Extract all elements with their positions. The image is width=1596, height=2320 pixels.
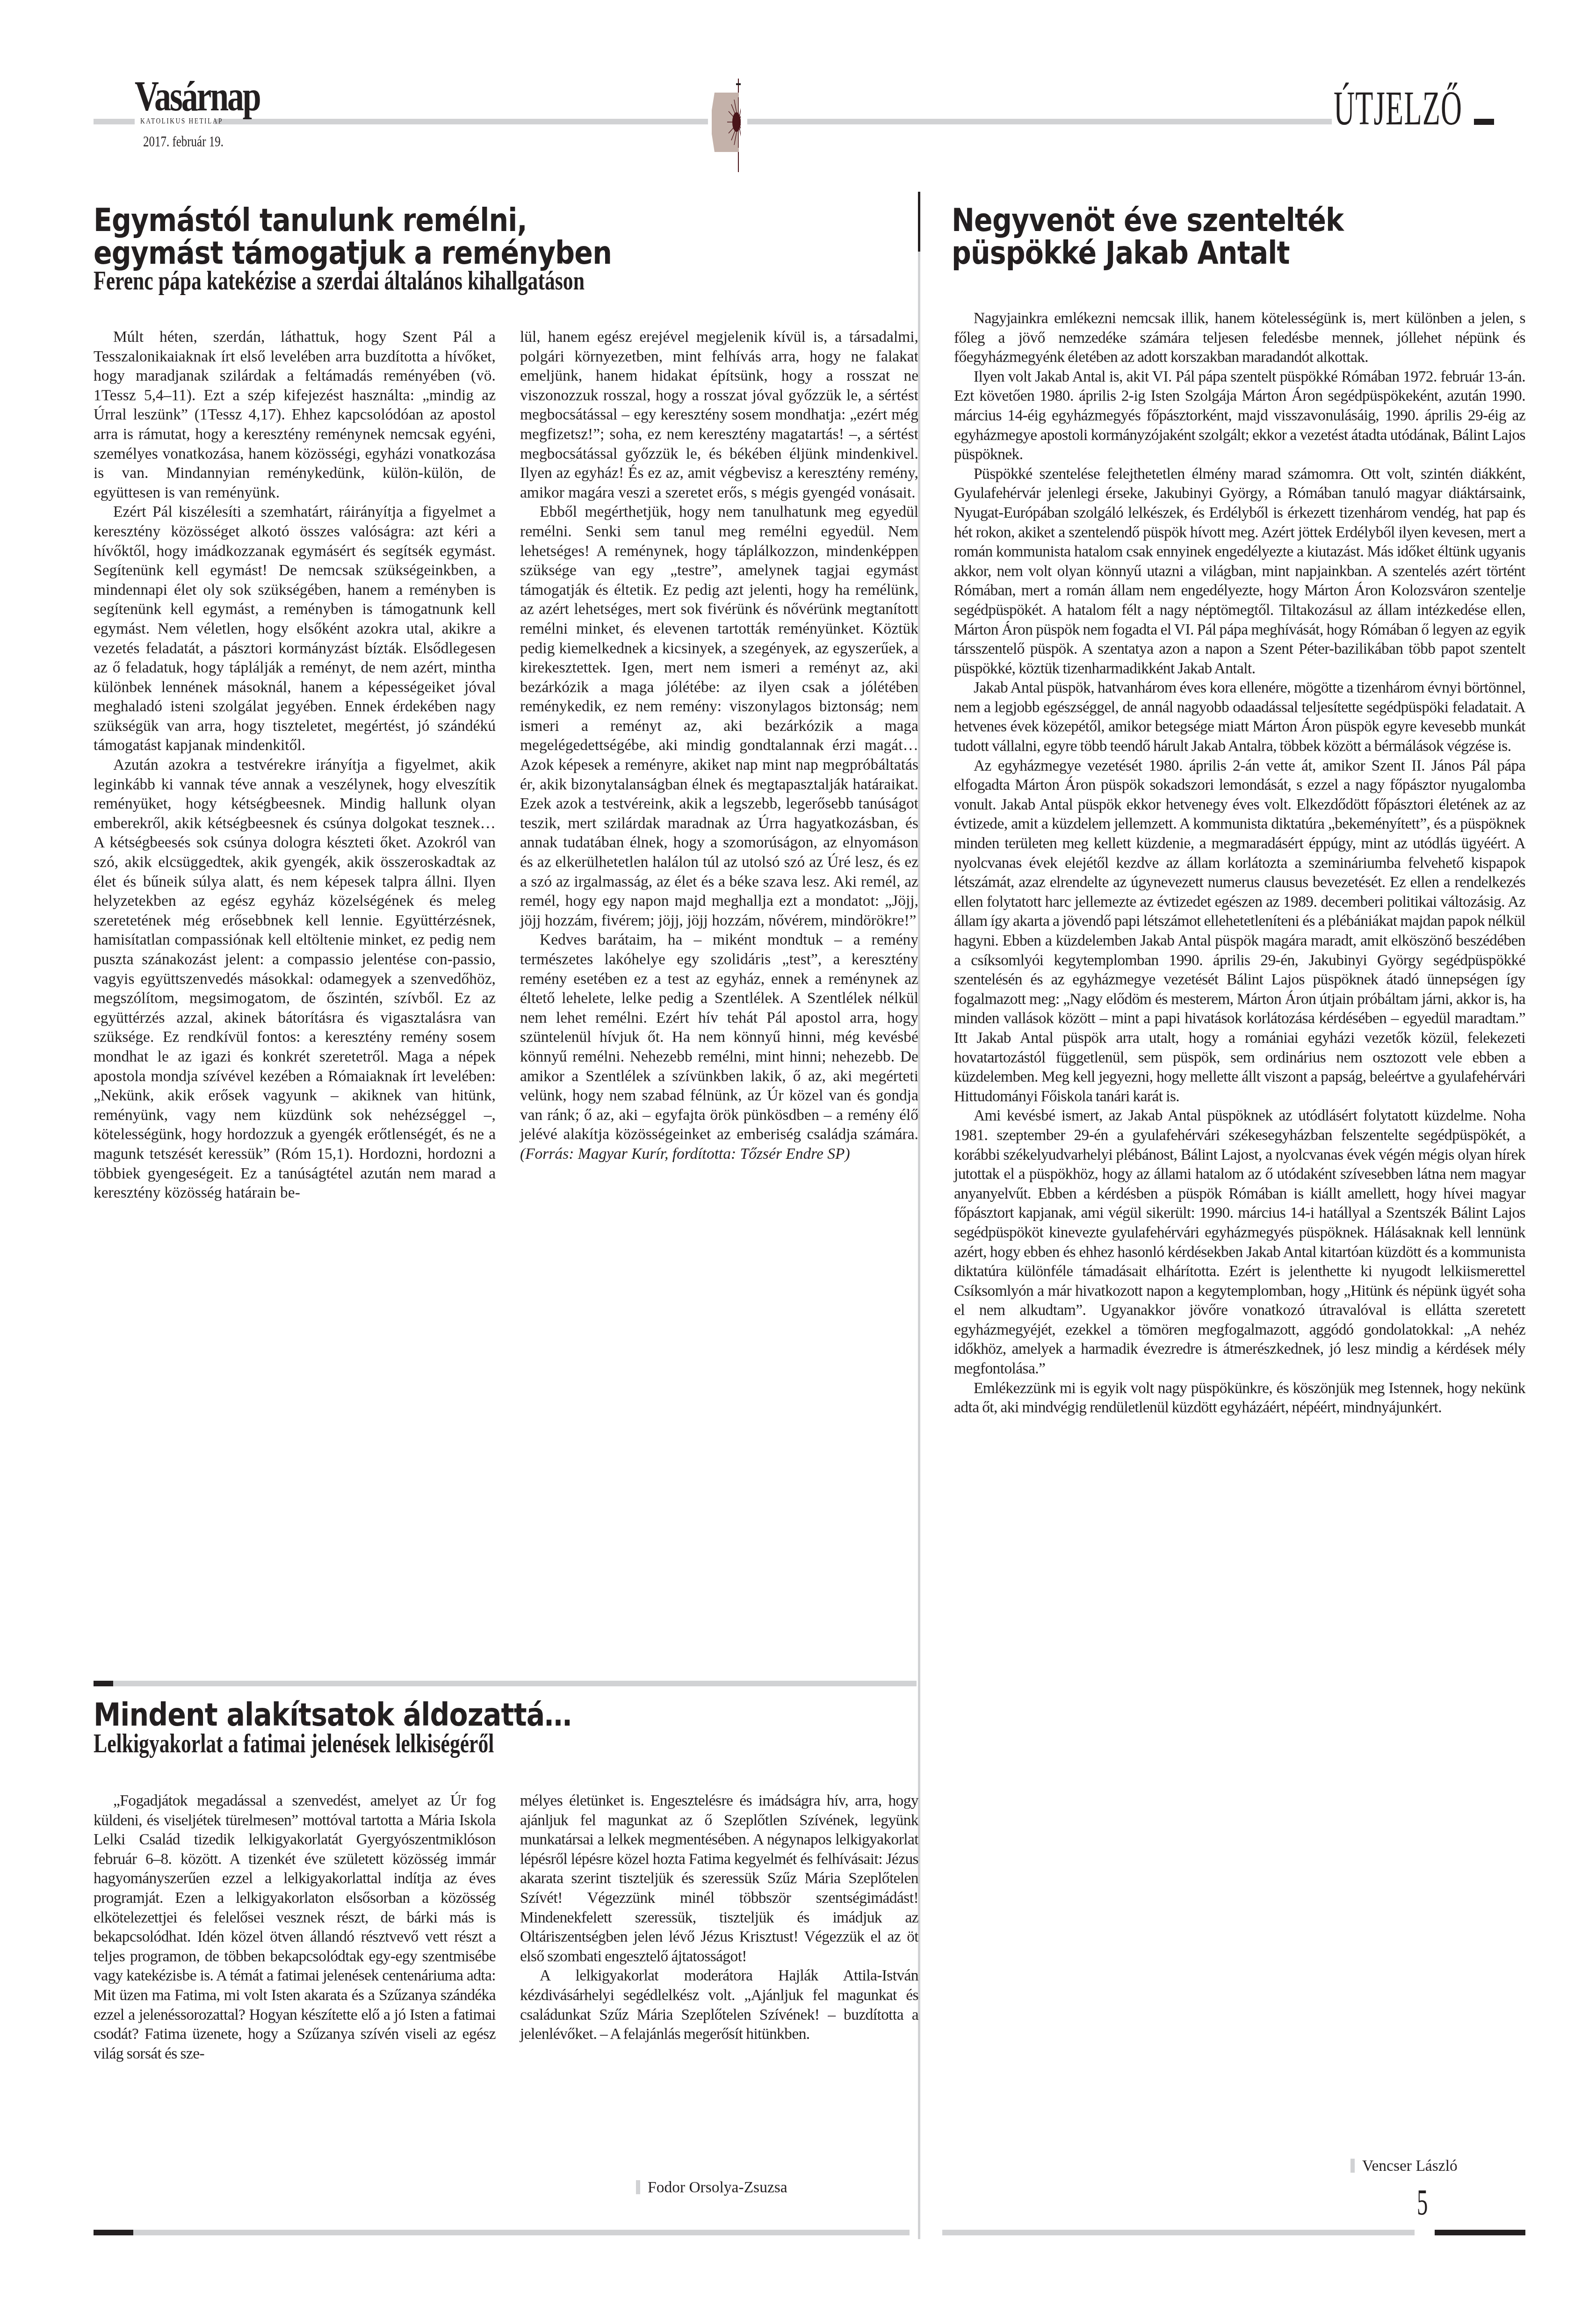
paragraph: Kedves barátaim, ha – miként mondtuk – a… (520, 930, 918, 1164)
article-3-headline: Mindent alakítsatok áldozattá… Lelkigyak… (94, 1699, 649, 1758)
paragraph: Az egyházmegye vezetését 1980. április 2… (954, 756, 1525, 1106)
paragraph: Azután azokra a testvérekre irányítja a … (94, 755, 496, 1203)
paragraph: „Fogadjátok megadással a szenvedést, ame… (94, 1791, 496, 2063)
column-divider-top (918, 192, 920, 252)
article-1-subtitle: Ferenc pápa katekézise a szerdai általán… (94, 267, 585, 295)
page-number: 5 (1417, 2184, 1428, 2220)
article-1-title-line2: egymást támogatjuk a reményben (94, 237, 635, 270)
paragraph: Nagyjainkra emlékezni nemcsak illik, han… (954, 309, 1525, 367)
article-2-author: Vencser László (1362, 2157, 1458, 2175)
article-1-column-2: lül, hanem egész erejével megjelenik kív… (520, 327, 918, 1164)
footer-rule-marker (94, 2230, 133, 2235)
paragraph: Ilyen volt Jakab Antal is, akit VI. Pál … (954, 367, 1525, 464)
footer-rule-right (942, 2230, 1415, 2235)
paragraph: Emlékezzünk mi is egyik volt nagy püspök… (954, 1379, 1525, 1417)
article-1-source: (Forrás: Magyar Kurír, fordította: Tőzsé… (520, 1145, 850, 1163)
article-3-title: Mindent alakítsatok áldozattá… (94, 1699, 571, 1732)
byline-marker (636, 2180, 640, 2194)
publication-logo: Vasárnap KATOLIKUS HETILAP (135, 75, 214, 125)
article-1-title-line1: Egymástól tanulunk remélni, (94, 204, 635, 237)
paragraph: Ezért Pál kiszélesíti a szemhatárt, ráir… (94, 502, 496, 755)
article-2-headline: Negyvenöt éve szentelték püspökké Jakab … (952, 204, 1407, 270)
paragraph: lül, hanem egész erejével megjelenik kív… (520, 327, 918, 502)
article-1-headline: Egymástól tanulunk remélni, egymást támo… (94, 204, 723, 295)
header-rule-mid-right (747, 119, 1332, 124)
paragraph: Jakab Antal püspök, hatvanhárom éves kor… (954, 678, 1525, 756)
section-title-marker (1474, 119, 1494, 125)
paragraph: Püspökké szentelése felejthetetlen élmén… (954, 464, 1525, 679)
header-rule-mid-left (214, 119, 708, 124)
paragraph: Ami kevésbé ismert, az Jakab Antal püspö… (954, 1106, 1525, 1378)
article-1-column-1: Múlt héten, szerdán, láthattuk, hogy Sze… (94, 327, 496, 1203)
paragraph: Múlt héten, szerdán, láthattuk, hogy Sze… (94, 327, 496, 502)
publication-subtitle: KATOLIKUS HETILAP (140, 117, 199, 125)
byline-marker (1350, 2159, 1355, 2173)
monstrance-sun-icon (712, 79, 741, 172)
article-3-author: Fodor Orsolya-Zsuzsa (648, 2179, 787, 2196)
section-title: ÚTJELZŐ (1334, 84, 1462, 133)
header-rule-left (94, 119, 135, 124)
paragraph: A lelkigyakorlat moderátora Hajlák Attil… (520, 1966, 918, 2044)
article-3-subtitle: Lelkigyakorlat a fatimai jelenések lelki… (94, 1730, 527, 1758)
article-2-body: Nagyjainkra emlékezni nemcsak illik, han… (954, 309, 1525, 1417)
article-3-column-2: mélyes életünket is. Engesztelésre és im… (520, 1791, 918, 2044)
publication-title: Vasárnap (135, 75, 260, 117)
paragraph: mélyes életünket is. Engesztelésre és im… (520, 1791, 918, 1966)
article-2-title-line1: Negyvenöt éve szentelték (952, 204, 1343, 237)
article-3-top-rule (113, 1681, 917, 1686)
article-3-rule-marker (94, 1681, 113, 1686)
article-3-column-1: „Fogadjátok megadással a szenvedést, ame… (94, 1791, 496, 2063)
article-3-byline: Fodor Orsolya-Zsuzsa (636, 2178, 787, 2197)
article-2-byline: Vencser László (1350, 2157, 1458, 2175)
issue-date: 2017. február 19. (143, 133, 224, 150)
page-number-marker (1435, 2230, 1525, 2235)
article-2-title-line2: püspökké Jakab Antalt (952, 237, 1343, 270)
paragraph: Ebből megérthetjük, hogy nem tanulhatunk… (520, 502, 918, 930)
footer-rule-left (133, 2230, 910, 2235)
